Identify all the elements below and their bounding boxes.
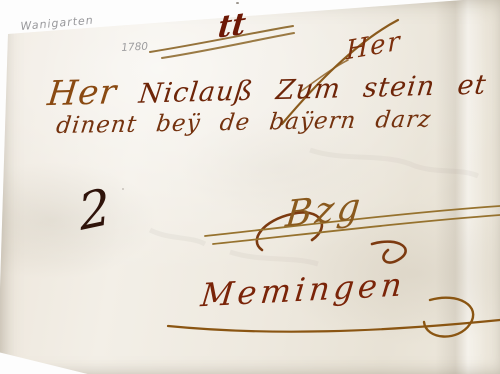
letter-paper [0, 0, 500, 374]
dust-speck [122, 188, 124, 190]
dust-speck [236, 2, 239, 4]
letter-photo: Wanigarten 1780 tt Her Her Niclauß Zum s… [0, 0, 500, 374]
